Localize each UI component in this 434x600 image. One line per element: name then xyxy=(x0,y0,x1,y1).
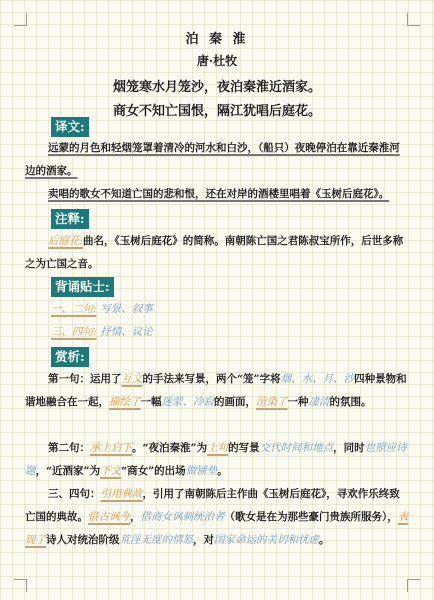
text: ，对 xyxy=(193,534,214,546)
translation-text: 卖唱的歌女不知道亡国的悲和恨，还在对岸的酒楼里唱着《玉树后庭花》。 xyxy=(48,188,389,200)
tip-item: 三、四句: 抒情、议论 xyxy=(51,321,434,344)
highlight: 借古讽今 xyxy=(88,511,130,523)
highlight: 烟、水、月、沙 xyxy=(281,373,355,385)
translation-paragraph: 卖唱的歌女不知道亡国的悲和恨，还在对岸的酒楼里唱着《玉树后庭花》。 xyxy=(25,183,410,206)
highlight: 上句 xyxy=(207,442,228,454)
text: 一种 xyxy=(288,396,309,408)
corner-mark xyxy=(14,13,27,26)
text: ，“近酒家”为 xyxy=(36,465,101,477)
text: 第二句： xyxy=(48,442,90,454)
analysis-paragraph: 第二句：承上启下。“夜泊秦淮”为上句的写景交代时间和地点，同时也照应诗题，“近酒… xyxy=(25,437,410,483)
text: 。“夜泊秦淮”为 xyxy=(132,442,207,454)
highlight: 交代时间和地点 xyxy=(260,442,334,454)
text: 的写景 xyxy=(228,442,260,454)
tip-item: 一、二句: 写景、叙事 xyxy=(51,298,434,321)
text: “商女”的出场 xyxy=(121,465,186,477)
highlight: 国家命运的关切和忧虑 xyxy=(214,534,319,546)
text: 的手法来写景，两个“笼”字将 xyxy=(143,373,281,385)
text: 一幅 xyxy=(141,396,162,408)
text: （歌女是在为那些豪门贵族所服务）， xyxy=(225,511,398,523)
highlight: 互文 xyxy=(122,373,143,385)
corner-mark xyxy=(407,13,420,26)
highlight: 凄清 xyxy=(309,396,330,408)
tip-value: 抒情、议论 xyxy=(100,326,153,338)
highlight: 描绘了 xyxy=(109,396,141,408)
text: ， xyxy=(130,511,141,523)
text: 三、四句： xyxy=(48,488,101,500)
analysis-paragraph: 三、四句：引用典故，引用了南朝陈后主作曲《玉树后庭花》，寻欢作乐终致亡国的典故。… xyxy=(25,483,410,552)
highlight: 承上启下 xyxy=(90,442,132,454)
text: 。 xyxy=(319,534,330,546)
highlight: 下文 xyxy=(100,465,121,477)
poem-author: 唐·杜牧 xyxy=(0,52,434,69)
tip-value: 写景、叙事 xyxy=(100,303,153,315)
highlight: 借商女讽刺统治者 xyxy=(141,511,225,523)
corner-mark xyxy=(14,579,27,592)
text: 第一句：运用了 xyxy=(48,373,122,385)
corner-mark xyxy=(407,579,420,592)
text: ，同时 xyxy=(333,442,365,454)
section-header-notes: 注释: xyxy=(51,209,89,229)
tip-label: 一、二句: xyxy=(51,303,97,315)
text: 的氛围。 xyxy=(330,396,372,408)
poem-line: 烟笼寒水月笼沙，夜泊秦淮近酒家。 xyxy=(0,76,434,95)
translation-text: 远蒙的月色和轻烟笼罩着清冷的河水和白沙，（船只）夜晚停泊在靠近秦淮河边的酒家。 xyxy=(25,142,400,177)
text: 的画面， xyxy=(214,396,256,408)
section-header-tips: 背诵贴士: xyxy=(51,277,114,297)
notes-paragraph: 后庭花:曲名，《玉树后庭花》的简称。南朝陈亡国之君陈叔宝所作，后世多称之为亡国之… xyxy=(25,230,410,276)
poem-title: 泊 秦 淮 xyxy=(0,28,434,47)
translation-paragraph: 远蒙的月色和轻烟笼罩着清冷的河水和白沙，（船只）夜晚停泊在靠近秦淮河边的酒家。 xyxy=(25,137,410,183)
text: 诗人对统治阶级 xyxy=(46,534,120,546)
highlight: 做铺垫 xyxy=(186,465,218,477)
note-term: 后庭花: xyxy=(48,235,83,247)
text: 。 xyxy=(217,465,228,477)
tip-label: 三、四句: xyxy=(51,326,97,338)
highlight: 迷蒙、冷寂 xyxy=(162,396,215,408)
analysis-paragraph: 第一句：运用了互文的手法来写景，两个“笼”字将烟、水、月、沙四种景物和谐地融合在… xyxy=(25,368,410,414)
section-header-analysis: 赏析: xyxy=(51,347,89,367)
highlight: 渲染了 xyxy=(256,396,288,408)
highlight: 荒淫无度的情怒 xyxy=(120,534,194,546)
highlight: 引用典故 xyxy=(101,488,143,500)
section-header-translation: 译文: xyxy=(51,117,89,137)
